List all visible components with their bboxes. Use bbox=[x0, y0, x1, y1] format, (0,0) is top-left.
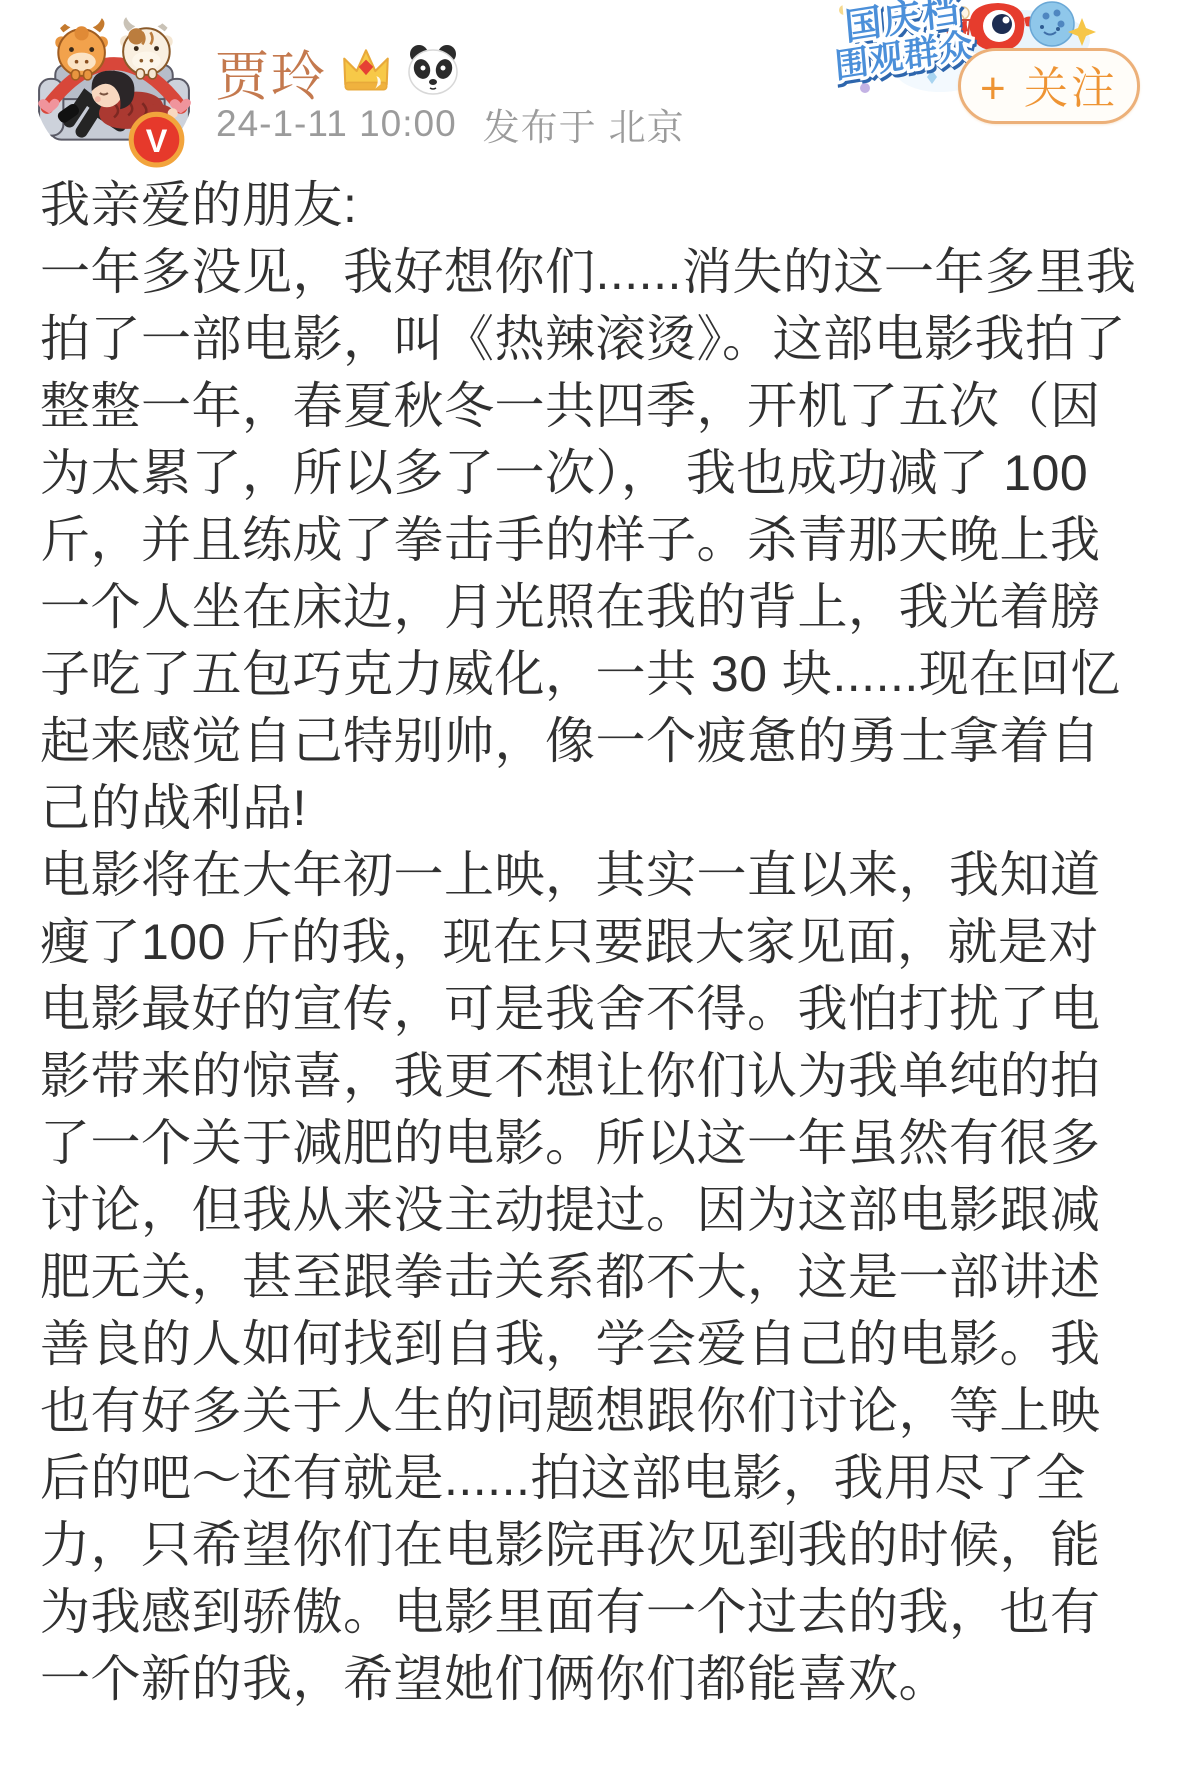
author-line: 贾玲 bbox=[215, 40, 461, 104]
author-name[interactable]: 贾玲 bbox=[215, 34, 327, 111]
avatar[interactable]: V bbox=[33, 6, 195, 168]
post-paragraph: 电影将在大年初一上映，其实一直以来，我知道瘦了100 斤的我，现在只要跟大家见面… bbox=[40, 842, 1142, 1713]
movie-mascot-icon bbox=[959, 3, 1034, 51]
location[interactable]: 北京 bbox=[609, 97, 685, 151]
membership-crown-icon[interactable] bbox=[337, 41, 395, 104]
verified-v-icon: V bbox=[131, 114, 182, 165]
heart-icon bbox=[937, 52, 956, 66]
panda-icon[interactable] bbox=[405, 42, 461, 103]
badge-line1: 国庆档 bbox=[843, 0, 962, 48]
post-paragraph: 一年多没见，我好想你们......消失的这一年多里我拍了一部电影，叫《热辣滚烫》… bbox=[40, 239, 1142, 842]
post-meta: 24-1-11 10:00 发布于 北京 bbox=[216, 100, 685, 148]
popcorn-icon bbox=[939, 7, 970, 68]
sparkle-diamond bbox=[927, 70, 937, 84]
sparkle-icon bbox=[1068, 18, 1096, 46]
badge-text: 国庆档 围观群众 bbox=[833, 0, 975, 86]
sparkle-dot bbox=[839, 5, 849, 15]
weibo-post: V 贾玲 bbox=[0, 0, 1179, 1767]
follow-button[interactable]: + 关注 bbox=[958, 48, 1140, 124]
avatar-illustration: V bbox=[33, 6, 195, 168]
post-body: 我亲爱的朋友: 一年多没见，我好想你们......消失的这一年多里我拍了一部电影… bbox=[40, 172, 1142, 1713]
sparkle-dot bbox=[860, 83, 870, 93]
badge-line2: 围观群众 bbox=[833, 26, 975, 86]
post-paragraph: 我亲爱的朋友: bbox=[40, 172, 1142, 239]
timestamp: 24-1-11 10:00 bbox=[216, 103, 457, 145]
published-in-label: 发布于 bbox=[483, 97, 597, 151]
bowling-ball-icon bbox=[1030, 2, 1074, 46]
svg-text:V: V bbox=[146, 123, 168, 159]
